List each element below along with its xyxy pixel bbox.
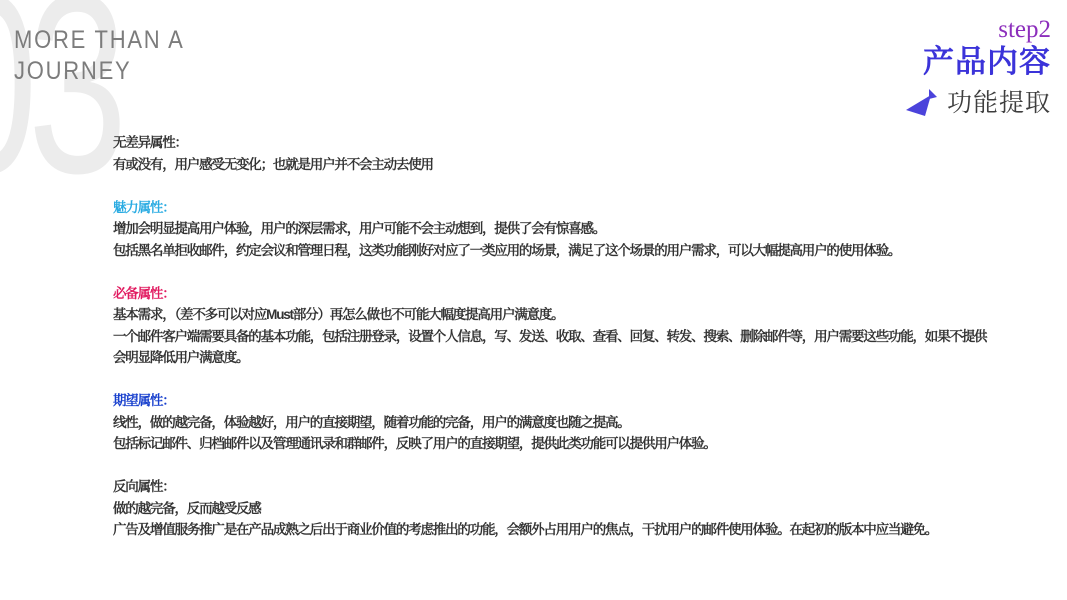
attribute-list: 无差异属性： 有或没有，用户感受无变化；也就是用户并不会主动去使用 魅力属性： … [113, 132, 1057, 541]
attribute-block-indifferent: 无差异属性： 有或没有，用户感受无变化；也就是用户并不会主动去使用 [113, 132, 1057, 175]
attribute-block-attractive: 魅力属性： 增加会明显提高用户体验，用户的深层需求，用户可能不会主动想到，提供了… [113, 197, 1057, 262]
step-label: step2 [905, 16, 1051, 43]
attribute-line: 一个邮件客户端需要具备的基本功能，包括注册登录，设置个人信息，写、发送、收取、查… [113, 326, 1057, 348]
attribute-line: 包括黑名单拒收邮件，约定会议和管理日程，这类功能刚好对应了一类应用的场景，满足了… [113, 240, 1057, 262]
brand-line-1: MORE THAN A [14, 25, 185, 56]
slide: 03 MORE THAN A JOURNEY step2 产品内容 功能提取 无… [0, 0, 1067, 600]
slide-header: step2 产品内容 功能提取 [905, 16, 1051, 118]
attribute-line: 有或没有，用户感受无变化；也就是用户并不会主动去使用 [113, 154, 1057, 176]
attribute-block-must-be: 必备属性： 基本需求，（差不多可以对应Must部分）再怎么做也不可能大幅度提高用… [113, 283, 1057, 369]
attribute-heading: 反向属性： [113, 476, 1057, 498]
brand-line-2: JOURNEY [14, 56, 185, 87]
attribute-line: 做的越完备，反而越受反感 [113, 498, 1057, 520]
attribute-line: 广告及增值服务推广是在产品成熟之后出于商业价值的考虑推出的功能，会额外占用用户的… [113, 519, 1057, 541]
attribute-line: 包括标记邮件、归档邮件以及管理通讯录和群邮件，反映了用户的直接期望，提供此类功能… [113, 433, 1057, 455]
attribute-heading: 期望属性： [113, 390, 1057, 412]
attribute-heading: 无差异属性： [113, 132, 1057, 154]
brand-wordmark: MORE THAN A JOURNEY [14, 25, 185, 87]
attribute-line: 增加会明显提高用户体验，用户的深层需求，用户可能不会主动想到，提供了会有惊喜感。 [113, 218, 1057, 240]
attribute-line: 线性，做的越完备，体验越好，用户的直接期望，随着功能的完备，用户的满意度也随之提… [113, 412, 1057, 434]
subtitle-row: 功能提取 [905, 88, 1051, 118]
attribute-line: 会明显降低用户满意度。 [113, 347, 1057, 369]
subtitle-label: 功能提取 [947, 89, 1051, 117]
attribute-block-expected: 期望属性： 线性，做的越完备，体验越好，用户的直接期望，随着功能的完备，用户的满… [113, 390, 1057, 455]
attribute-heading: 魅力属性： [113, 197, 1057, 219]
attribute-heading: 必备属性： [113, 283, 1057, 305]
cursor-triangle-icon [905, 88, 938, 118]
attribute-block-reverse: 反向属性： 做的越完备，反而越受反感 广告及增值服务推广是在产品成熟之后出于商业… [113, 476, 1057, 541]
attribute-line: 基本需求，（差不多可以对应Must部分）再怎么做也不可能大幅度提高用户满意度。 [113, 304, 1057, 326]
page-title: 产品内容 [905, 44, 1051, 79]
